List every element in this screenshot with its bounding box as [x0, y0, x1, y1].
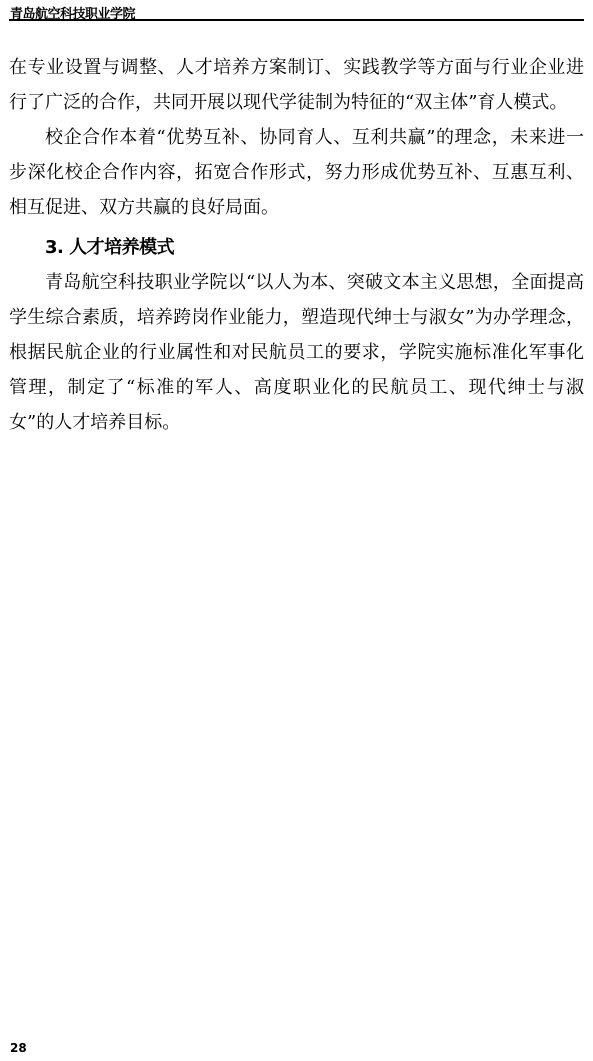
- header-school-name: 青岛航空科技职业学院: [10, 3, 135, 22]
- document-body: 在专业设置与调整、人才培养方案制订、实践教学等方面与行业企业进行了广泛的合作，共…: [9, 50, 584, 440]
- page-number: 28: [10, 1041, 27, 1055]
- paragraph-school-enterprise-cooperation: 校企合作本着“优势互补、协同育人、互利共赢”的理念，未来进一步深化校企合作内容，…: [9, 120, 584, 225]
- paragraph-industry-cooperation: 在专业设置与调整、人才培养方案制订、实践教学等方面与行业企业进行了广泛的合作，共…: [9, 50, 584, 120]
- section-heading-talent-training-model: 3. 人才培养模式: [9, 230, 584, 265]
- page-header: 青岛航空科技职业学院: [9, 0, 584, 21]
- paragraph-talent-training-goal: 青岛航空科技职业学院以“以人为本、突破文本主义思想，全面提高学生综合素质，培养跨…: [9, 265, 584, 440]
- document-page: 青岛航空科技职业学院 在专业设置与调整、人才培养方案制订、实践教学等方面与行业企…: [0, 0, 593, 1061]
- page-footer: 28: [10, 1037, 27, 1056]
